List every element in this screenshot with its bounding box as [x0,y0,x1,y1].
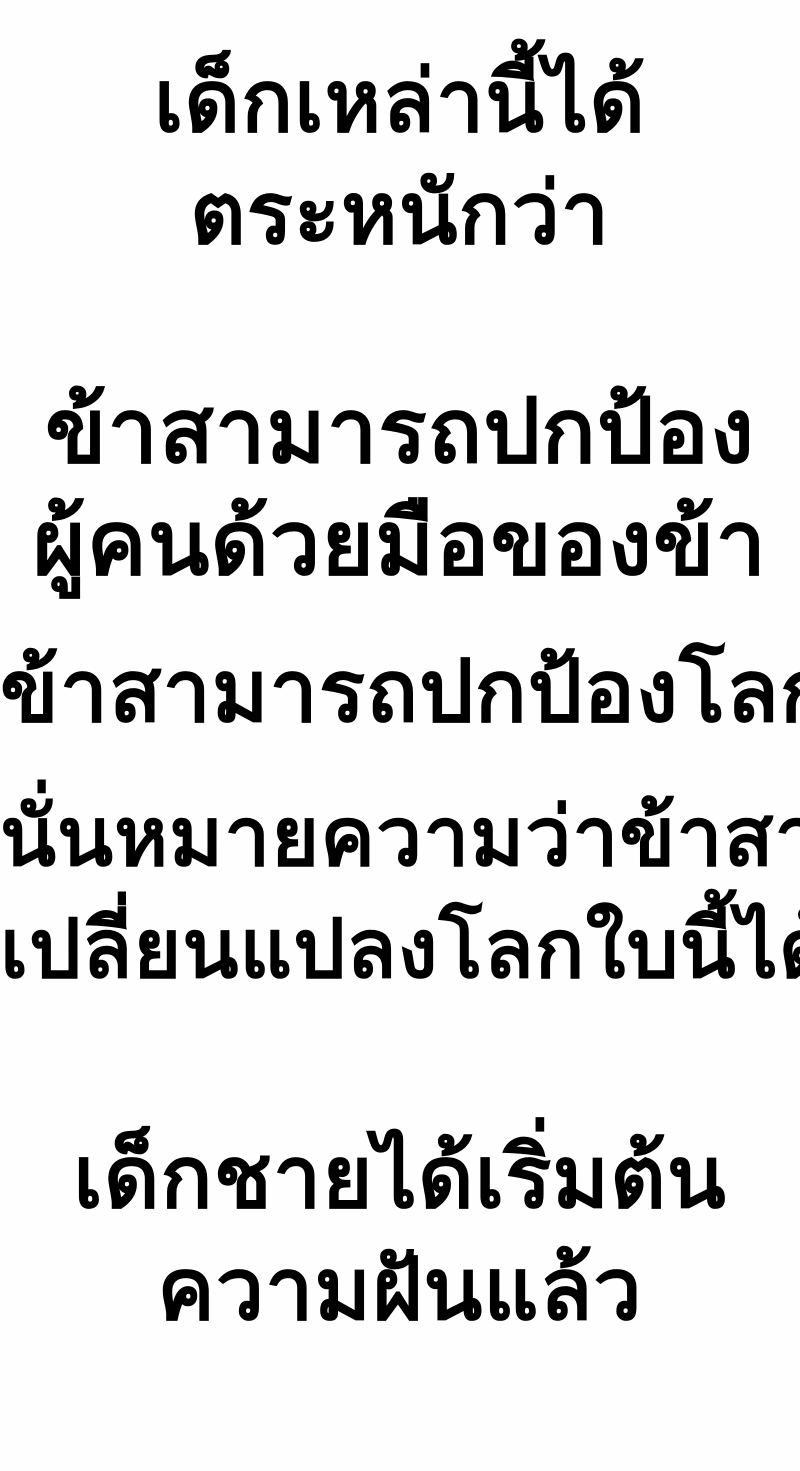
caption-block-2: ข้าสามารถปกป้อง ผู้คนด้วยมือของข้า [0,376,800,600]
caption-line: เปลี่ยนแปลงโลกใบนี้ได้ [0,894,800,1006]
caption-line: ข้าสามารถปกป้องโลกได้ [0,636,800,748]
caption-line: ข้าสามารถปกป้อง [0,376,800,488]
caption-line: ผู้คนด้วยมือของข้า [0,488,800,600]
caption-line: ตระหนักว่า [0,158,800,270]
caption-line: ความฝันแล้ว [0,1234,800,1346]
caption-line: เด็กเหล่านี้ได้ [0,46,800,158]
manga-text-page: เด็กเหล่านี้ได้ ตระหนักว่า ข้าสามารถปกป้… [0,0,800,1471]
caption-block-5: เด็กชายได้เริ่มต้น ความฝันแล้ว [0,1122,800,1346]
caption-block-1: เด็กเหล่านี้ได้ ตระหนักว่า [0,46,800,270]
caption-block-4: นั่นหมายความว่าข้าสามารถ เปลี่ยนแปลงโลกใ… [0,782,800,1006]
caption-line: เด็กชายได้เริ่มต้น [0,1122,800,1234]
caption-line: นั่นหมายความว่าข้าสามารถ [0,782,800,894]
caption-block-3: ข้าสามารถปกป้องโลกได้ [0,636,800,748]
